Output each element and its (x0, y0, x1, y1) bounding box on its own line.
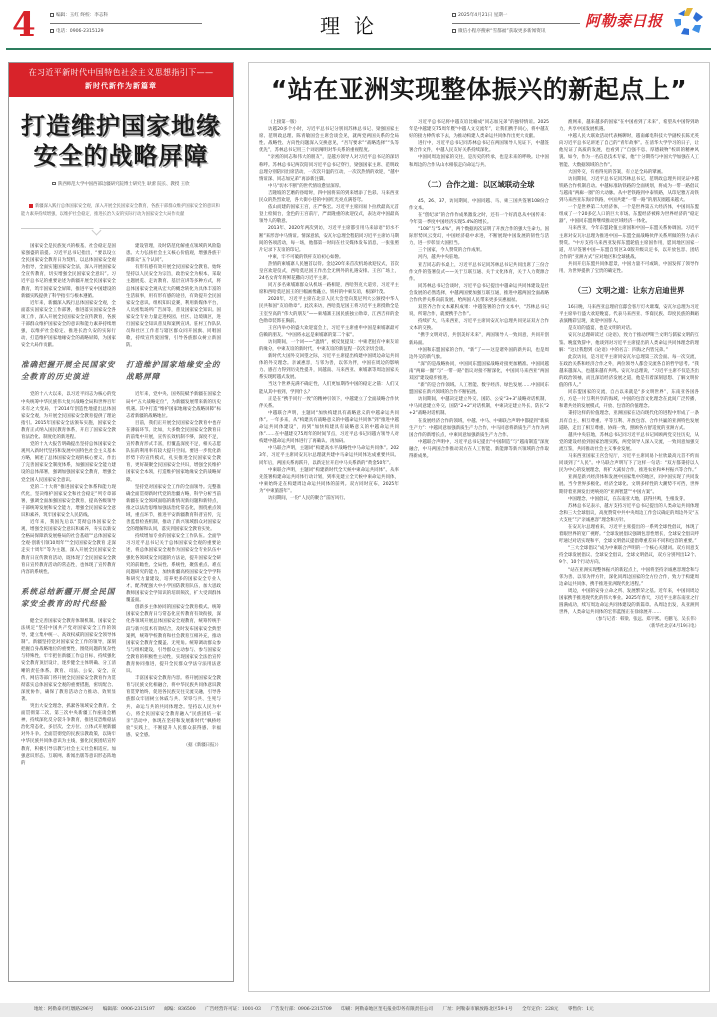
miniapp-line: 微信小程序搜索“雪都福”获取更多新闻资讯 (452, 28, 580, 36)
paragraph: 吉隆坡的艺磨的昏暗时，四中国将采的到来增添了色彩。马来西亚民众的热烈欢迎，各大街… (259, 190, 399, 204)
paragraph: 在“创纪录”的合作作成果激发之时，还有一个好消息从中国传来：今年第一季度中国经济… (409, 212, 549, 226)
paragraph: 中越人民大联欢活动代表畅聊时，越南邮电科技大学副校长陈光英向习近平总书记讲述了自… (559, 133, 699, 168)
paragraph: 中马联合声明，主题词“构建高水平战略性中马命运共同体”。2023年，习近平主席同… (259, 445, 399, 466)
paragraph: 党的二十大将“推进国家安全体系和能力现代化，坚决维护国家安全和社会稳定”列专章部… (21, 484, 116, 519)
paragraph: 中国和东盟国家的合作，“新”了——这是诸外国的新共识，也是周边外交的新气象。 (409, 347, 549, 361)
left-body-column-2: 建设管理，及时防范化解重点领域的风险隐患。大力弘扬社会主义核心价值观，增强各族干… (126, 243, 221, 767)
masthead-rule (6, 48, 711, 50)
paragraph: 2020年，习近平主席在北京人民大会堂向莫尼列大公颁授中华人民共和国“友谊勋章”… (259, 296, 399, 324)
reporters-credit: （参与记者：韩梁、张远、郑宇熙、毛鹏飞、吴长伟） (559, 616, 699, 623)
paragraph: 同苏林总书记会谈时，习近平总书记提出中越命运共同体建设是社会发展的必然选择，中越… (409, 283, 549, 304)
banner-title: 在习近平新时代中国特色社会主义思想指引下—— (9, 66, 233, 79)
paragraph: 亚吉同志的书桌上，习近平总书记同苏林总书记共同出席了三份合作文件的签署仪式——关… (409, 262, 549, 283)
paragraph: 16日晚，马来西亚总理府官邸会客厅灯火璀璨，安瓦尔总理为习近平主席举行盛大欢迎晚… (559, 304, 699, 325)
footer-editorial-phone: 编辑部：0906-2315197 (103, 1007, 155, 1012)
paragraph: 正是在“携手同行一致”的精神引领下，中越建立了全面战略合作伙伴关系。 (259, 396, 399, 410)
paragraph: 访问期间，习近平总书记同苏林总书记、范明政总理共同见证中越铁路合作机制启动。中越… (559, 176, 699, 204)
paragraph: 新时代大国外交回望之际，习近平主席提出构建中国周边命运共同体的外交理念。亲诚惠容… (259, 353, 399, 381)
banner-subtitle: 新时代新作为新篇章 (9, 79, 233, 93)
paragraph: 中马“切水不断”的世代情谊愈显深厚。 (259, 183, 399, 190)
section-subhead: 打造维护国家地缘安全的战略屏障 (126, 359, 221, 383)
paragraph: 马来西亚国家王宫会见厅，习近平主席同易卜拉欣最高元首不约而同谈到了“人民”。中马… (559, 453, 699, 474)
paragraph: 党的十九大报告明确提出坚持总体国家安全观列入新时代坚持和发展中国特色社会主义基本… (21, 441, 116, 484)
paragraph: （上接第一版） (259, 119, 399, 126)
paragraph: 共同开启东盟共同体愿景，中国力量不可或缺，中国发挥了领导作用，为世界提供了宝贵的… (559, 261, 699, 275)
paragraph: 同万多名柬埔寨群众从机场一路相迎，西哈努克大道旁，习近平主席和西哈莫尼国王的巨幅… (259, 282, 399, 296)
editor-line: 编辑：玉红 终校：李志科 (50, 12, 202, 20)
paragraph: 丰富国家安全教育内容。将开展国家安全教育与民族文化相融合，将中华民族共同体意识教… (126, 675, 221, 739)
section-subhead: （三）文明之道：让东方启迪世界 (559, 285, 699, 296)
section-subhead: （二）合作之道：以区域联动全球 (409, 179, 549, 190)
star-logo-icon (672, 6, 706, 38)
paragraph: 马来西亚，今年东盟轮值主席国和中国—东盟关系协调国。习近平主席对安瓦尔总理为推进… (559, 225, 699, 260)
paragraph: 三个国家，今人赞赏的合作成果。 (409, 247, 549, 254)
paragraph: “108”与“5.4%”，两个数据再次证明了开放合作的强大生命力。国际形势风云变… (409, 226, 549, 247)
paragraph: 健全完善国家安全教育体制机制。国家安全法规定“坚持中国共产党对国家安全工作的领导… (21, 618, 116, 703)
right-article-headline: “站在亚洲实现整体振兴的新起点上” (249, 75, 709, 105)
right-body-column-2: 习近平总书记将中越友谊比喻成“同志加兄弟”的独特情谊。2025年是中越建交75周… (409, 119, 549, 630)
newspaper-logo-text: 阿勒泰日报 (585, 10, 663, 31)
paragraph: 访越20多个小时，习近平总书记分别同苏林总书记、梁强国家主席、范明政总理、陈青敏… (259, 126, 399, 154)
paragraph: 一个是世界第二大经济体，一个是世界第五大经济体，中国同东盟组成了一个20多亿人口… (559, 204, 699, 225)
paragraph: “新”的是合作领域。人工智能、数字经济、绿色发展……中国同东盟国家在新兴领域的合… (409, 382, 549, 396)
red-square-icon (29, 204, 33, 208)
paragraph: 持续扩大，马来西亚，习近平主席同安瓦尔总理共同见证双方合作文本的交换。 (409, 318, 549, 332)
left-body-column-1: 国家安全是民族复兴的根基，社会稳定是国家强盛的前提。习近平总书记指出，“要以设立… (21, 243, 116, 767)
paragraph: “站在亚洲实现整体振兴的新起点上，中国将坚持亲诚惠容理念和与邻为善、以邻为伴方针… (559, 567, 699, 588)
paragraph: 党的十八大以来，以习近平同志为核心的党中央统筹中华民族伟大复兴战略全局和世界百年… (21, 391, 116, 441)
paragraph: 突出大安全理念，抓紧各领域安全教育。全面贯彻第二次、第三次中央新疆工作座谈会精神… (21, 703, 116, 767)
paragraph: 中国同周边国家的交往，是历史的传承，也是未来的呼唤。让中国和周边的合作从山水相依… (409, 154, 549, 168)
paragraph: 热情的柬埔寨人民翘首以待。金边20年来首次机场欢迎仪式，首次皇宫欢迎仪式，西哈莫… (259, 261, 399, 282)
dateline: （新华社北京4月19日电） (559, 623, 699, 630)
date-line: 2025年4月21日 星期一 (452, 12, 580, 20)
footer-annual-price: 全年定价：228元 (522, 1007, 558, 1012)
left-article: 在习近平新时代中国特色社会主义思想指引下—— 新时代新作为新篇章 打造维护国家地… (8, 62, 234, 982)
paragraph: 大国外交，有看得见的答案，有立足全局的擘画。 (559, 169, 699, 176)
paragraph: 中越联合声明，主题词“加快构建具有战略意义的中越命运共同体”。一年多来，从“构建… (259, 410, 399, 445)
paragraph: 有形有感有效开展全民国家安全教育。始终坚持以人民安全为宗旨，政治安全为根本，采取… (126, 264, 221, 349)
meta-divider (452, 23, 580, 24)
checkbox-glyph-icon (452, 29, 456, 33)
paragraph: 近年来，党中央、国务院赋予新疆在国家全局中“五大战略定位”，为新疆发展带来新的历… (126, 391, 221, 419)
paragraph: 当这个世界充满不确定性，人们更加期待中国的稳定之锚：人们又能从其中看到，学到什么… (259, 381, 399, 395)
paragraph: 近年来，我国先后以“贯彻总体国家安全观，增强全民国家安全意识和素养，夯实以新安全… (21, 519, 116, 576)
paragraph: 访问期间，一个词——“温情”，被反复提及：中柬老挝有中柬友谊的缘分，中柬友谊的新… (259, 339, 399, 353)
paragraph: “三大全球倡议”成为中柬联合声明的一个核心关键词。双方同意支持全球发展倡议、全球… (559, 545, 699, 566)
paragraph: “亲密的同志和伟大的朋友”，是越方领导人对习近平总书记的深切称呼。苏林总书记两次… (259, 154, 399, 182)
paragraph: 依山而建的国家王宫，庄严恢宏。习近平主席同易卜拉欣最高元首登上检阅台，金色的王宫… (259, 204, 399, 225)
paragraph: 中越联合声明中，习近平总书记提出“中国制造”与“越南制造”深度融合，中马两国合作… (409, 439, 549, 460)
checkbox-glyph-icon (52, 182, 56, 186)
footer-postcode: 邮编：836500 (164, 1007, 195, 1012)
paragraph: 访问期间，一份“人民的聚合”雷厉风行。 (259, 495, 399, 502)
paragraph: 持续增加专业的国家安全工作队伍。全面学习习近平总书记关于总体国家安全观的重要论述… (126, 533, 221, 604)
footer-distribution-phone: 广告发行部：0906-2315709 (270, 1007, 331, 1012)
page-footer: 地址：阿勒泰市红墩路296号 编辑部：0906-2315197 邮编：83650… (0, 1003, 717, 1017)
paragraph: 苏林总书记表示，越方支持习近平总书记提出的人类命运共同体理念和三大全球倡议，高度… (559, 503, 699, 524)
paragraph: 中柬，牢不可破的铁杆友谊初心如磐。 (259, 254, 399, 261)
footer-ad-license: 广告经营许可证：1001-03 (205, 1007, 261, 1012)
paragraph: 在发展经济合作的领域，中越、中马、中柬联合声明中都提到“新质生产力”：中越同意加… (409, 418, 549, 439)
paragraph: “深”的是战略协同，中国同东盟国家战略对接更加精准。中国同越南“两廊一圈”与“一… (409, 361, 549, 382)
section-title: 理论 (320, 10, 388, 39)
right-article: “站在亚洲实现整体振兴的新起点上” （上接第一版） 访越20多个小时，习近平总书… (248, 62, 710, 992)
paragraph: 中国理念，中国倡议，在东南亚大地，获得共鸣，生根发芽。 (559, 496, 699, 503)
paragraph: 在安瓦尔总理看来，习近平主席提出的一系列全球性倡议，体现了着眼世界的宽广视野。“… (559, 524, 699, 545)
phone-line: 电话：0906-2315129 (50, 28, 202, 36)
article-abstract: 新疆深入践行总体国家安全观，深入开展全民国家安全教育，各族干部群众维护国家安全的… (21, 203, 221, 218)
paragraph: 双管齐合作文本累积成果：中越签署的合作文本中，“苏林总书记说，所谓合作，就要携手… (409, 304, 549, 318)
paragraph: 此次访问，是习近平主席同安瓦尔总理第三次会面。每一次交流，在政治关系和经济合作之… (559, 354, 699, 389)
footer-address: 地址：阿勒泰市红墩路296号 (34, 1007, 93, 1012)
byline: 陕西师范大学中国西部边疆研究院博士研究生 耿蕾 院长、教授 王欣 (9, 181, 233, 187)
page-number: 4 (12, 8, 36, 42)
left-article-body: 国家安全是民族复兴的根基，社会稳定是国家强盛的前提。习近平总书记指出，“要以设立… (21, 243, 221, 767)
section-subhead: 系统总结新疆开展全民国家安全教育的时代经验 (21, 586, 116, 610)
paragraph: 亚洲是新兴经济体和发展中国家集中的地区，同中国实现了共同发展。当今世界多极化、经… (559, 474, 699, 495)
masthead-meta-left: 编辑：玉红 终校：李志科 电话：0906-2315129 (50, 12, 202, 36)
right-body-column-1: （上接第一版） 访越20多个小时，习近平总书记分别同苏林总书记、梁强国家主席、范… (259, 119, 399, 630)
paragraph: 坚持党对国家安全工作的全面领导。完整准确全面贯彻新时代党的治疆方略，科学分析当前… (126, 484, 221, 534)
masthead-meta-right: 2025年4月21日 星期一 微信小程序搜索“雪都福”获取更多新闻资讯 (452, 12, 580, 36)
right-body-column-3: 渔网来，越来越多的国家“在中国看到了未来”，希望从中国得到助力，共享中国发展机遇… (559, 119, 699, 630)
paragraph: 近年来，新疆深入践行总体国家安全观，全面落实国家安全工作部署，推进落实国家安全各… (21, 300, 116, 350)
paragraph: 访问期间，中越决定建立外交、国防、公安“3+3”战略对话机制，中马同意建立外交、… (409, 396, 549, 417)
footer-printer: 印刷：阿勒泰地区奎屯报业印务有限责任公司 (341, 1007, 433, 1012)
paragraph: 越共中央驻地，苏林总书记同习近平总书记回顾两党交往历史，从党的建设经验到国家治理… (559, 432, 699, 453)
footer-plant-address: 厂址：阿勒泰市解放路北区59-1号 (443, 1007, 513, 1012)
right-article-body: （上接第一版） 访越20多个小时，习近平总书记分别同苏林总书记、梁强国家主席、范… (259, 119, 699, 630)
paragraph: 秉持这样的价值理念，亚洲国家在迈向现代化的进程中形成了一条具有自主、相互尊重、平… (559, 410, 699, 431)
paragraph: 2013年、2020年两次到访，习近平主席都引用马来谚语“切水不断”来形容中马情… (259, 225, 399, 253)
column-banner: 在习近平新时代中国特色社会主义思想指引下—— 新时代新作为新篇章 (9, 63, 233, 97)
paragraph: 安瓦尔总理研读过《论语》，致力于推动伊斯兰文明与儒家文明的互鉴。晚宴致辞中，他谈… (559, 332, 699, 353)
paragraph: 中柬联合声明，主题词“构建新时代全天候中柬命运共同体”。从率先签署构建命运共同体… (259, 467, 399, 495)
paragraph: 进行中，习近平总书记同苏林总书记在两国领导人见证下，中越签署合作文件，中越人民友… (409, 140, 549, 154)
paragraph: 习近平总书记将中越友谊比喻成“同志加兄弟”的独特情谊。2025年是中越建交75周… (409, 119, 549, 140)
paragraph: 同东盟国家的交流，自古以来就是“多文明世界”，东南亚各国各方，方是一片互利共享的… (559, 389, 699, 410)
paragraph: 45、26、37，访问期间，中国同越、马、柬三国共签署108份合作文本。 (409, 198, 549, 212)
paragraph: 河内，越共中央驻地。 (409, 254, 549, 261)
paragraph: 是友谊的盛宴，也是文明的对话。 (559, 325, 699, 332)
paragraph: 创新多主体协同的国家安全教育模式。统筹国家安全教育日与常态化宣传教育有效衔接，深… (126, 604, 221, 675)
section-subhead: 准确把握开展全民国家安全教育的历史演进 (21, 359, 116, 383)
left-article-headline: 打造维护国家地缘 安全的战略屏障 (9, 111, 233, 171)
checkbox-glyph-icon (50, 13, 54, 17)
paragraph: 目前，我们正开展全民国家安全教育中也存在薄弱环节。比如，大多数全民国家安全教育日… (126, 420, 221, 484)
paragraph: 周边，中国的安身立命之所、发展繁荣之基。近年来，中国同周边国家携手推进现代化的伟… (559, 588, 699, 616)
paragraph: “携手文明对话，共创美好未来”，两国领导人一致同意，共同开创新局面。 (409, 332, 549, 346)
paragraph: 王宫内举办的盛大欢迎宴会上，习近平主席重申中国是柬埔寨最可信赖的朋友。“中国将永… (259, 325, 399, 339)
source-note: （据《新疆日报》） (126, 742, 221, 748)
checkbox-glyph-icon (50, 29, 54, 33)
paragraph: 建设管理，及时防范化解重点领域的风险隐患。大力弘扬社会主义核心价值观，增强各族干… (126, 243, 221, 264)
paragraph: 渔网来，越来越多的国家“在中国看到了未来”，希望从中国得到助力，共享中国发展机遇… (559, 119, 699, 133)
paragraph: 国家安全是民族复兴的根基，社会稳定是国家强盛的前提。习近平总书记指出，“要以设立… (21, 243, 116, 300)
abstract-divider (21, 228, 221, 229)
checkbox-glyph-icon (452, 13, 456, 17)
footer-retail-price: 零售价：1元 (568, 1007, 594, 1012)
masthead: 4 编辑：玉红 终校：李志科 电话：0906-2315129 理论 2025年4… (0, 0, 717, 52)
meta-divider (50, 23, 202, 24)
